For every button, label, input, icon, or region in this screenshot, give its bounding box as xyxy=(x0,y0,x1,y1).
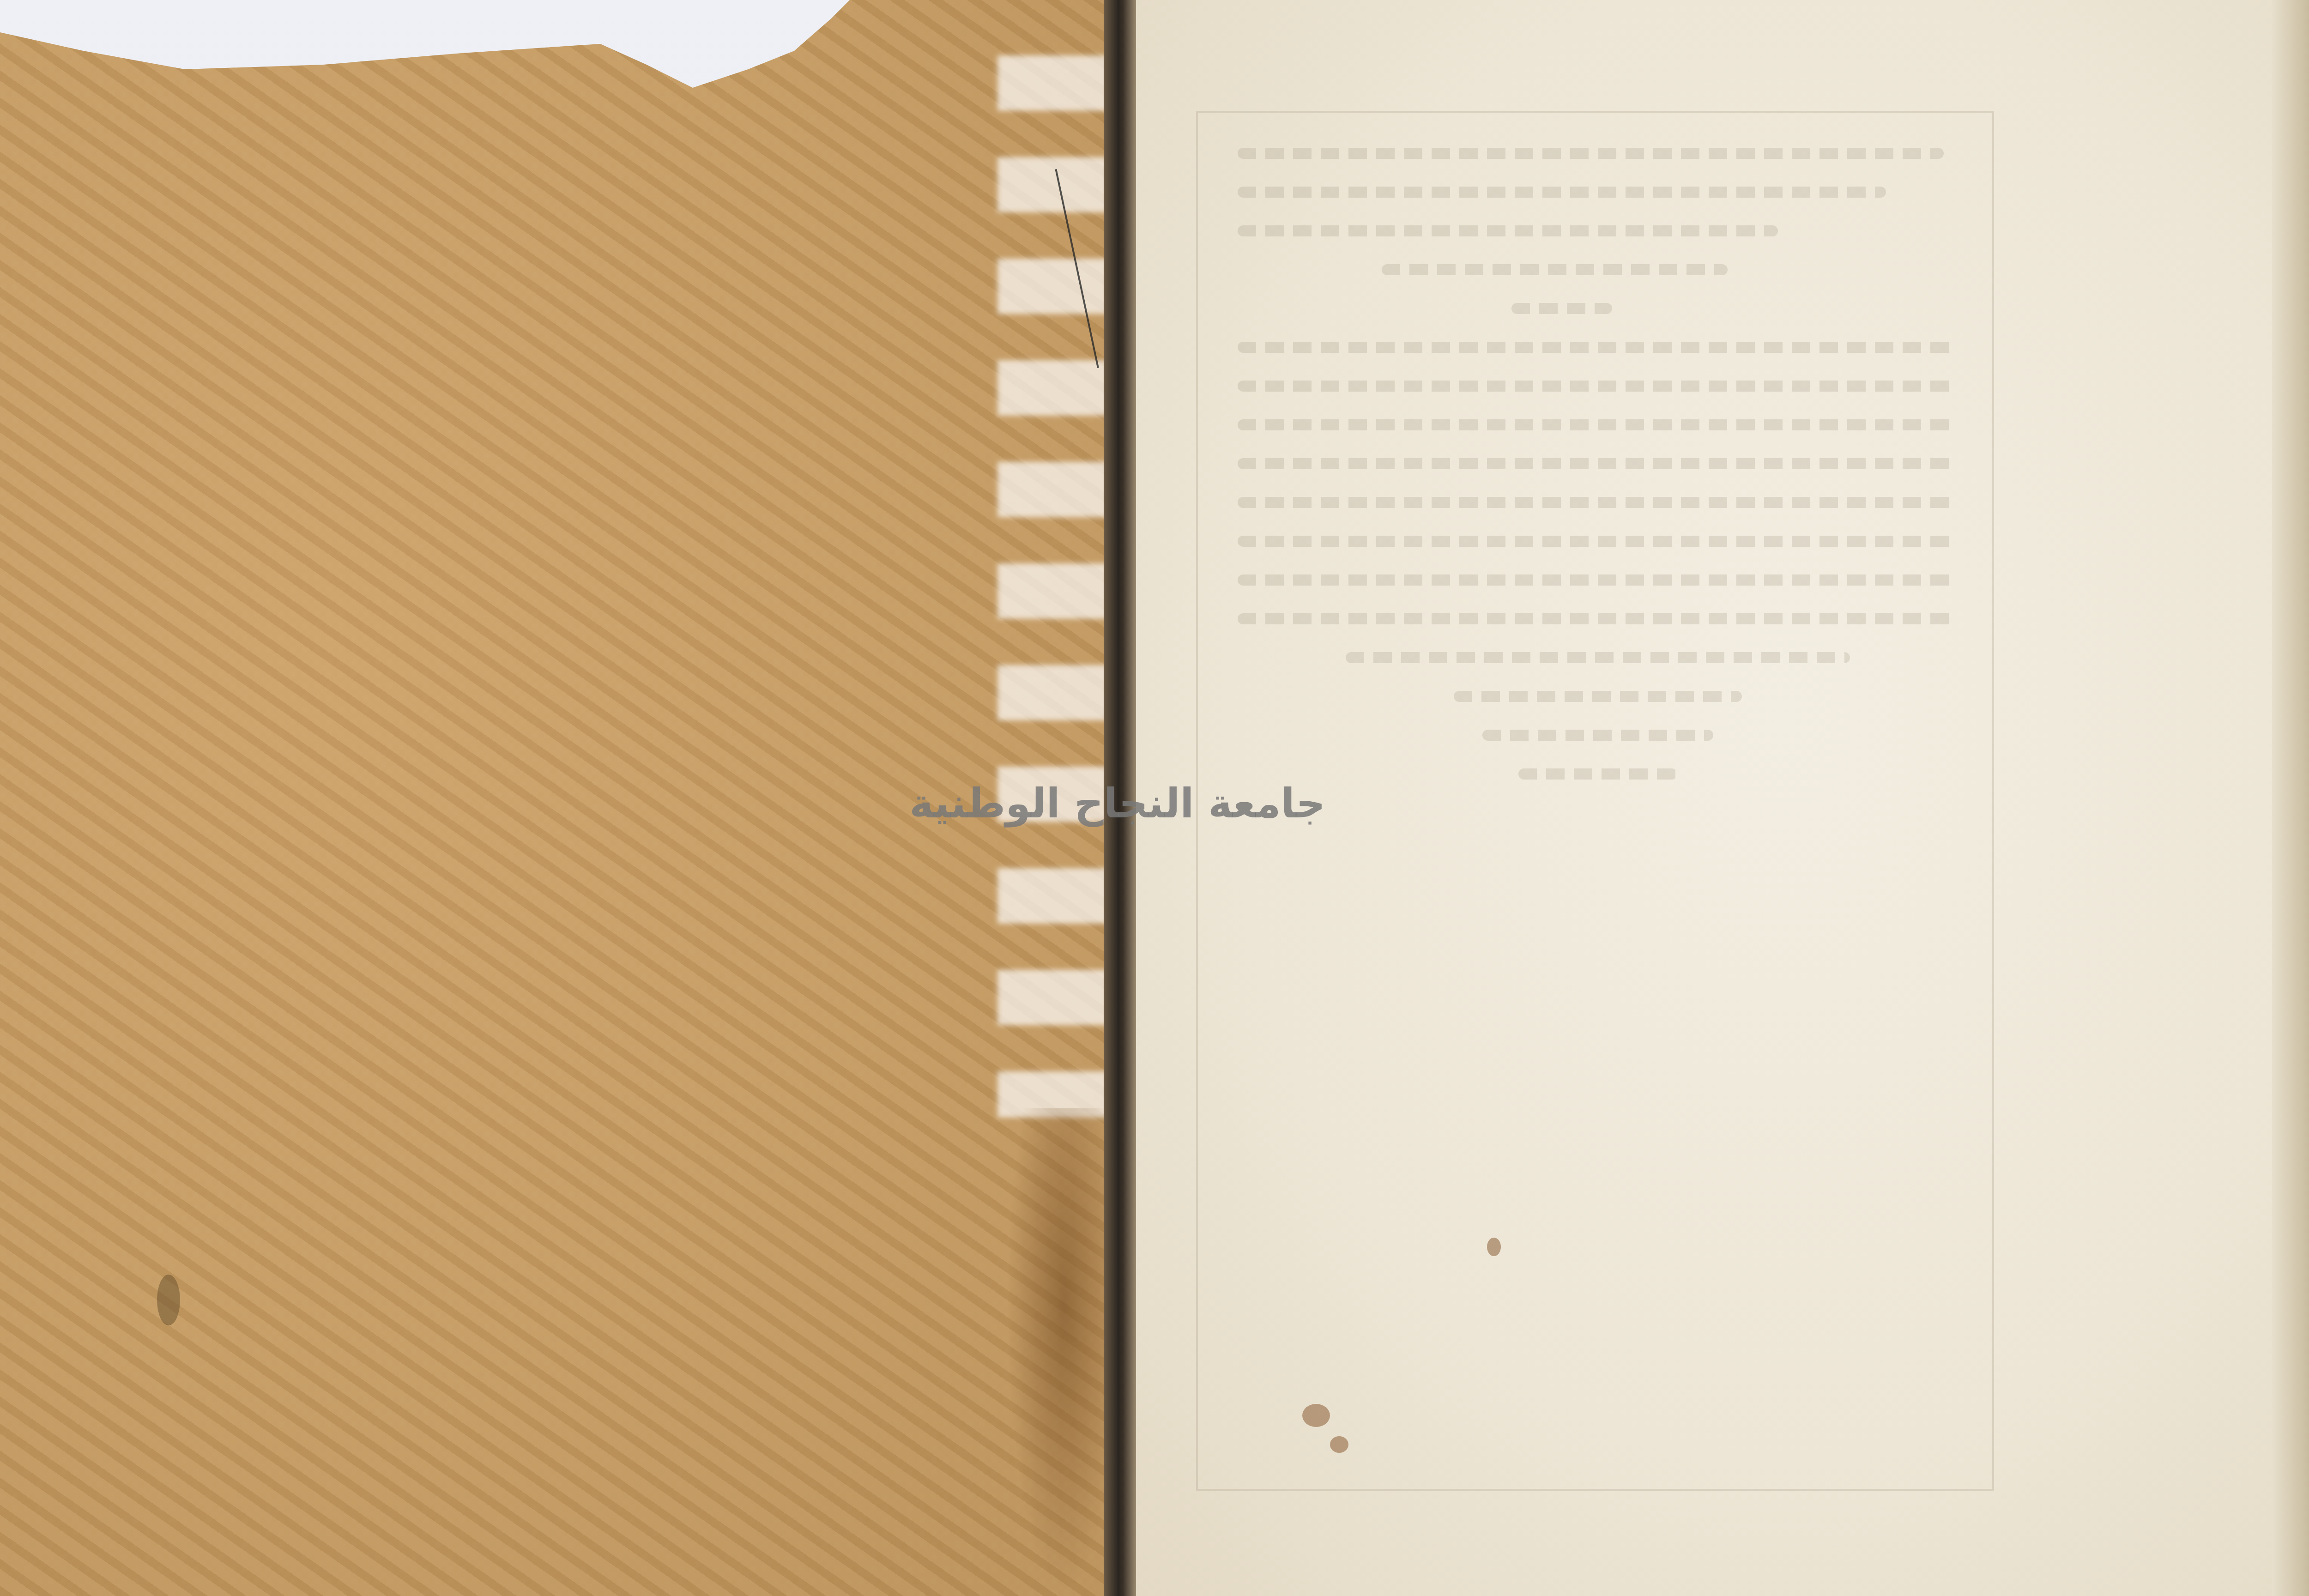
torn-paper-remnant xyxy=(997,55,1108,1118)
ghost-line xyxy=(1454,691,1742,702)
ghost-line xyxy=(1238,497,1958,508)
ghost-line xyxy=(1518,768,1677,780)
ghost-line xyxy=(1238,419,1958,430)
ghost-line xyxy=(1511,303,1612,314)
ghost-line xyxy=(1238,536,1958,547)
page-edges xyxy=(2272,0,2309,1596)
faint-bleed-through-text xyxy=(1238,148,1958,807)
cover-stain xyxy=(157,1275,180,1325)
ghost-line xyxy=(1238,613,1958,624)
ghost-line xyxy=(1382,264,1728,275)
university-watermark: جامعة النجاح الوطنية xyxy=(1030,776,1325,831)
ghost-line xyxy=(1238,381,1958,392)
foxing-spot xyxy=(1302,1404,1330,1427)
ghost-line xyxy=(1238,342,1958,353)
ghost-line xyxy=(1238,187,1886,198)
foxing-spot xyxy=(1330,1436,1348,1453)
ghost-line xyxy=(1238,574,1958,586)
ghost-line xyxy=(1238,225,1778,236)
ghost-line xyxy=(1238,458,1958,469)
ghost-line xyxy=(1346,652,1850,663)
ghost-line xyxy=(1238,148,1944,159)
ghost-line xyxy=(1482,730,1713,741)
foxing-spot xyxy=(1487,1238,1501,1256)
